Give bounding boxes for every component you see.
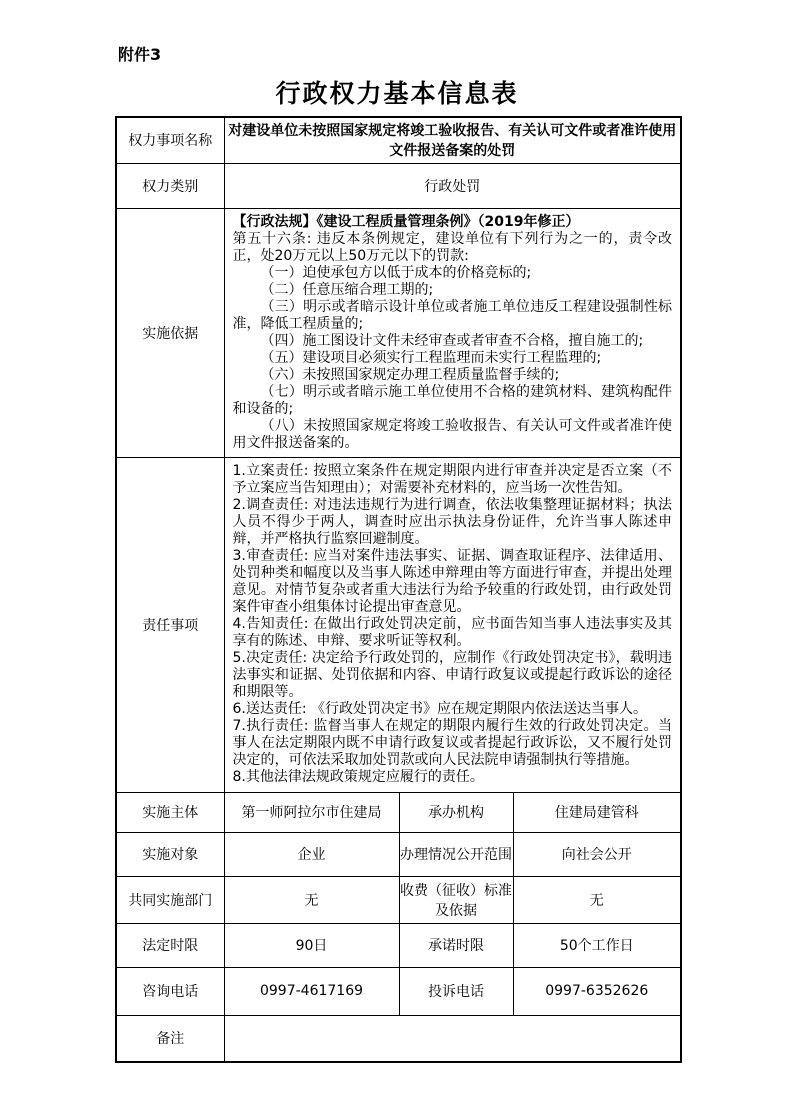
consult-phone-value: 0997-4617169 <box>224 967 399 1015</box>
duty-item: 2.调查责任: 对违法违规行为进行调查，依法收集整理证据材料；执法人员不得少于两… <box>233 497 673 548</box>
remark-label: 备注 <box>116 1015 224 1062</box>
basis-item: （四）施工图设计文件未经审查或者审查不合格，擅自施工的; <box>233 333 673 350</box>
duty-content: 1.立案责任: 按照立案条件在规定期限内进行审查并决定是否立案（不予立案应当告知… <box>224 457 681 792</box>
complaint-phone-label: 投诉电话 <box>399 967 513 1015</box>
implementer-value: 第一师阿拉尔市住建局 <box>224 792 399 832</box>
row-basis: 实施依据 【行政法规】《建设工程质量管理条例》（2019年修正） 第五十六条: … <box>116 208 681 457</box>
public-scope-value: 向社会公开 <box>513 832 681 876</box>
duty-item: 4.告知责任: 在做出行政处罚决定前，应书面告知当事人违法事实及其享有的陈述、申… <box>233 616 673 650</box>
basis-label: 实施依据 <box>116 208 224 457</box>
basis-heading: 【行政法规】《建设工程质量管理条例》（2019年修正） <box>233 214 673 231</box>
duty-item: 7.执行责任: 监督当事人在规定的期限内履行生效的行政处罚决定。当事人在法定期限… <box>233 718 673 769</box>
basis-item: （六）未按照国家规定办理工程质量监督手续的; <box>233 367 673 384</box>
power-type-value: 行政处罚 <box>224 163 681 208</box>
fee-standard-value: 无 <box>513 876 681 923</box>
target-label: 实施对象 <box>116 832 224 876</box>
complaint-phone-value: 0997-6352626 <box>513 967 681 1015</box>
consult-phone-label: 咨询电话 <box>116 967 224 1015</box>
row-item-name: 权力事项名称 对建设单位未按照国家规定将竣工验收报告、有关认可文件或者准许使用文… <box>116 117 681 163</box>
promise-time-label: 承诺时限 <box>399 923 513 967</box>
duty-label: 责任事项 <box>116 457 224 792</box>
info-table: 权力事项名称 对建设单位未按照国家规定将竣工验收报告、有关认可文件或者准许使用文… <box>115 116 682 1063</box>
public-scope-label: 办理情况公开范围 <box>399 832 513 876</box>
duty-item: 5.决定责任: 决定给予行政处罚的，应制作《行政处罚决定书》，载明违法事实和证据… <box>233 650 673 701</box>
attachment-label: 附件3 <box>118 42 161 65</box>
item-name-label: 权力事项名称 <box>116 117 224 163</box>
legal-time-label: 法定时限 <box>116 923 224 967</box>
basis-content: 【行政法规】《建设工程质量管理条例》（2019年修正） 第五十六条: 违反本条例… <box>224 208 681 457</box>
basis-item: （八）未按照国家规定将竣工验收报告、有关认可文件或者准许使用文件报送备案的。 <box>233 418 673 452</box>
legal-time-value: 90日 <box>224 923 399 967</box>
remark-value <box>224 1015 681 1062</box>
power-type-label: 权力类别 <box>116 163 224 208</box>
handling-org-value: 住建局建管科 <box>513 792 681 832</box>
basis-item: （二）任意压缩合理工期的; <box>233 282 673 299</box>
row-phone: 咨询电话 0997-4617169 投诉电话 0997-6352626 <box>116 967 681 1015</box>
target-value: 企业 <box>224 832 399 876</box>
row-remark: 备注 <box>116 1015 681 1062</box>
implementer-label: 实施主体 <box>116 792 224 832</box>
row-duty: 责任事项 1.立案责任: 按照立案条件在规定期限内进行审查并决定是否立案（不予立… <box>116 457 681 792</box>
document-page: 附件3 行政权力基本信息表 权力事项名称 对建设单位未按照国家规定将竣工验收报告… <box>0 0 794 1108</box>
row-time-limit: 法定时限 90日 承诺时限 50个工作日 <box>116 923 681 967</box>
basis-item: （三）明示或者暗示设计单位或者施工单位违反工程建设强制性标准，降低工程质量的; <box>233 299 673 333</box>
row-joint: 共同实施部门 无 收费（征收）标准及依据 无 <box>116 876 681 923</box>
joint-dept-value: 无 <box>224 876 399 923</box>
basis-item: （一）迫使承包方以低于成本的价格竞标的; <box>233 265 673 282</box>
handling-org-label: 承办机构 <box>399 792 513 832</box>
row-implementer: 实施主体 第一师阿拉尔市住建局 承办机构 住建局建管科 <box>116 792 681 832</box>
duty-item: 3.审查责任: 应当对案件违法事实、证据、调查取证程序、法律适用、处罚种类和幅度… <box>233 548 673 616</box>
duty-item: 1.立案责任: 按照立案条件在规定期限内进行审查并决定是否立案（不予立案应当告知… <box>233 463 673 497</box>
basis-paragraph: 第五十六条: 违反本条例规定，建设单位有下列行为之一的，责令改正，处20万元以上… <box>233 231 673 265</box>
joint-dept-label: 共同实施部门 <box>116 876 224 923</box>
row-target: 实施对象 企业 办理情况公开范围 向社会公开 <box>116 832 681 876</box>
duty-item: 6.送达责任: 《行政处罚决定书》应在规定期限内依法送达当事人。 <box>233 701 673 718</box>
duty-item: 8.其他法律法规政策规定应履行的责任。 <box>233 769 673 786</box>
promise-time-value: 50个工作日 <box>513 923 681 967</box>
fee-standard-label: 收费（征收）标准及依据 <box>399 876 513 923</box>
row-power-type: 权力类别 行政处罚 <box>116 163 681 208</box>
basis-item: （七）明示或者暗示施工单位使用不合格的建筑材料、建筑构配件和设备的; <box>233 384 673 418</box>
item-name-value: 对建设单位未按照国家规定将竣工验收报告、有关认可文件或者准许使用文件报送备案的处… <box>224 117 681 163</box>
basis-item: （五）建设项目必须实行工程监理而未实行工程监理的; <box>233 350 673 367</box>
page-title: 行政权力基本信息表 <box>0 74 794 110</box>
